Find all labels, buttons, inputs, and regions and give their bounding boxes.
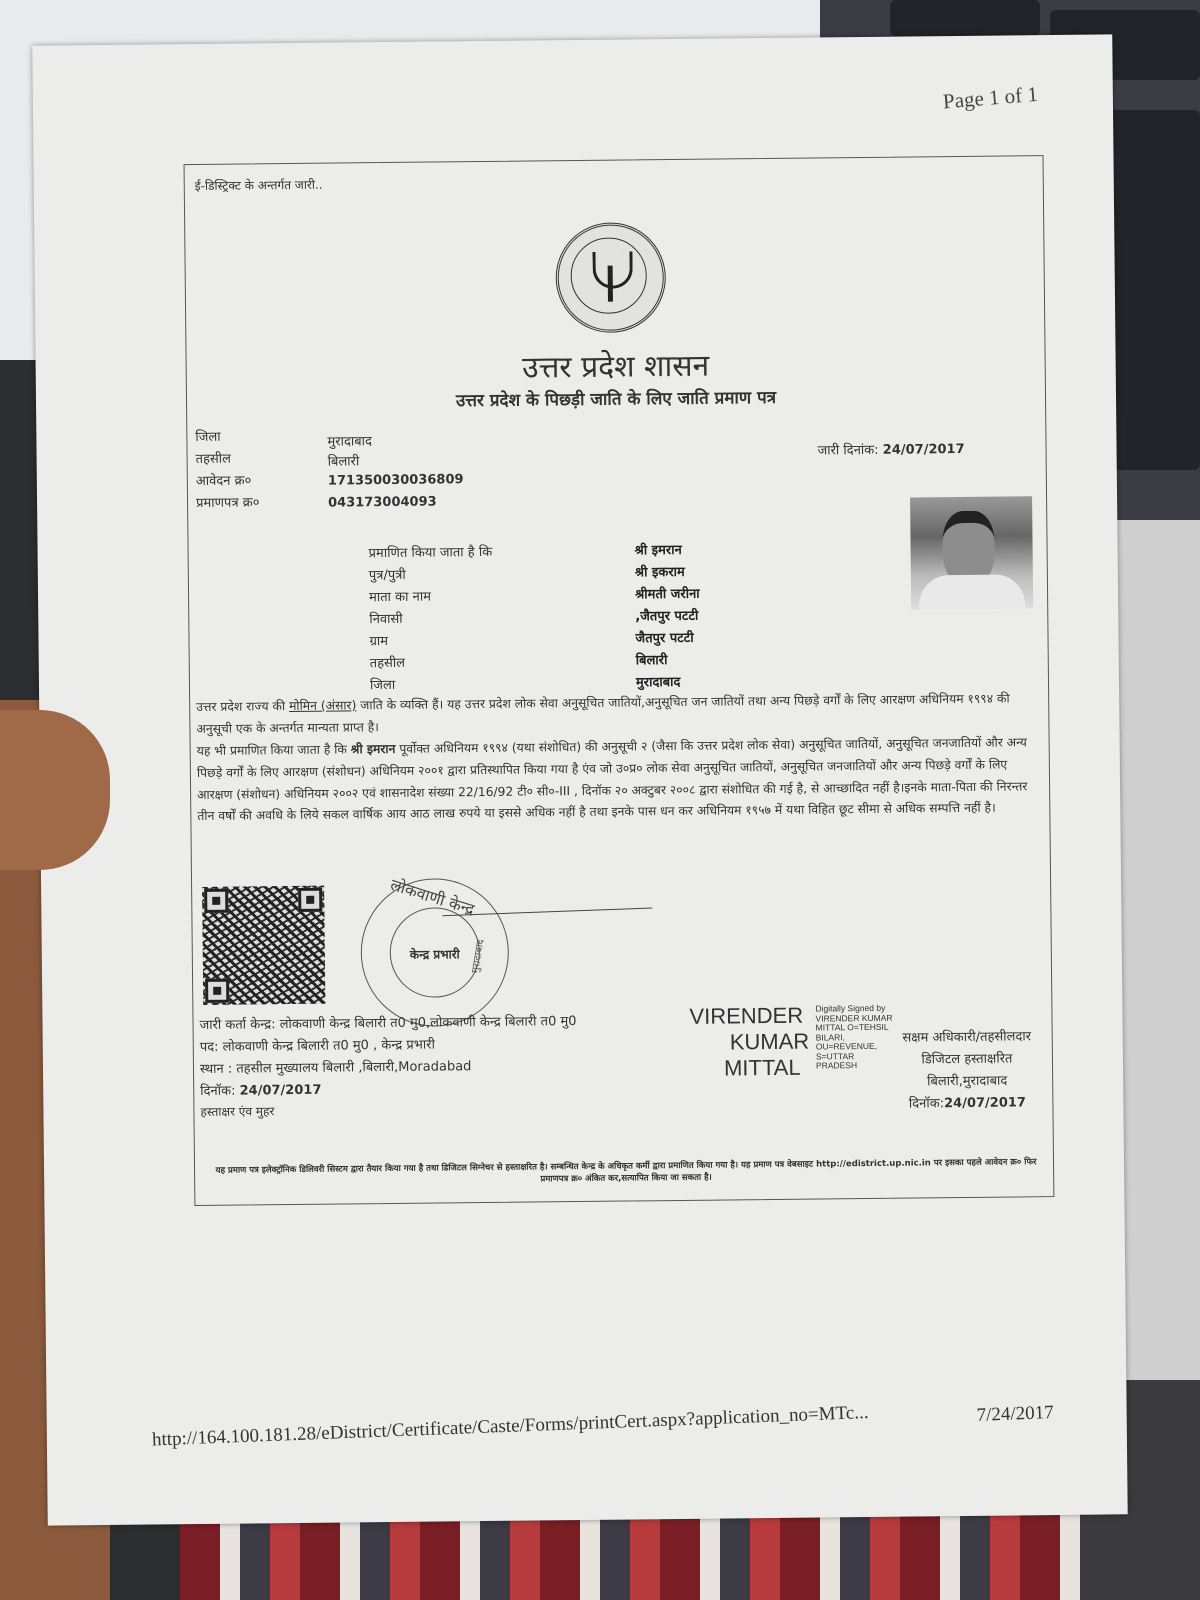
- officer-date-value: 24/07/2017: [944, 1095, 1026, 1111]
- field-label-son-daughter: पुत्र/पुत्री: [369, 565, 406, 583]
- issue-date: जारी दिनांक: 24/07/2017: [817, 439, 964, 459]
- emblem-arrow-icon: [608, 266, 613, 302]
- lokvani-stamp: लोकवाणी केन्द्र केन्द्र प्रभारी मुरादाबा…: [360, 878, 510, 1028]
- qr-finder: [298, 888, 322, 912]
- field-value-mother: श्रीमती जरीना: [635, 584, 700, 603]
- photo-shirt: [919, 574, 1025, 609]
- field-label-certified: प्रमाणित किया जाता है कि: [369, 542, 493, 561]
- laptop-key: [890, 0, 1040, 36]
- field-label-district: जिला: [370, 675, 395, 693]
- field-value-father: श्री इकराम: [635, 562, 685, 581]
- meta-label-district: जिला: [195, 427, 220, 445]
- meta-value-district: मुरादाबाद: [327, 431, 372, 449]
- field-label-resident: निवासी: [369, 609, 403, 627]
- verification-disclaimer: यह प्रमाण पत्र इलेक्ट्रॉनिक डिलिवरी सिस्…: [211, 1156, 1041, 1189]
- field-value-district: मुरादाबाद: [636, 672, 681, 690]
- issuer-place: स्थान : तहसील मुख्यालय बिलारी ,बिलारी,Mo…: [200, 1056, 472, 1077]
- applicant-photo: [910, 496, 1033, 609]
- meta-value-certificate-no: 043173004093: [328, 494, 437, 510]
- field-value-village: जैतपुर पटटी: [635, 628, 693, 647]
- page-number: Page 1 of 1: [942, 82, 1039, 115]
- field-label-mother: माता का नाम: [369, 587, 431, 606]
- qr-code-icon: [202, 886, 325, 1005]
- caste-paragraph-pre: उत्तर प्रदेश राज्य की: [196, 699, 289, 714]
- field-value-name: श्री इमरान: [634, 540, 681, 558]
- signer-name-line-3: MITTAL: [724, 1055, 801, 1082]
- qr-finder: [205, 979, 229, 1003]
- field-value-resident: ,जैतपुर पटटी: [635, 606, 698, 625]
- caste-name: मोमिन (अंसार): [289, 698, 356, 713]
- officer-place: बिलारी,मुरादाबाद: [882, 1070, 1052, 1090]
- up-government-emblem-icon: [555, 222, 666, 333]
- certificate-frame: ई-डिस्ट्रिक्ट के अन्तर्गत जारी.. उत्तर प…: [184, 155, 1055, 1206]
- certification-paragraph-pre: यह भी प्रमाणित किया जाता है कि: [197, 742, 351, 758]
- issuer-post: पद: लोकवाणी केन्द्र बिलारी त0 मु0 , केन्…: [200, 1035, 435, 1055]
- meta-value-tehsil: बिलारी: [328, 451, 360, 469]
- issuer-date-value: 24/07/2017: [240, 1083, 322, 1099]
- qr-finder: [204, 889, 228, 913]
- meta-value-application-no: 171350030036809: [328, 472, 464, 488]
- field-label-village: ग्राम: [369, 631, 388, 649]
- issued-under-note: ई-डिस्ट्रिक्ट के अन्तर्गत जारी..: [195, 176, 323, 194]
- officer-digitally-signed: डिजिटल हस्ताक्षरित: [882, 1048, 1052, 1068]
- officer-date-label: दिनॉक:: [909, 1096, 944, 1111]
- issuer-date-label: दिनॉक:: [200, 1084, 235, 1099]
- field-value-tehsil: बिलारी: [636, 650, 668, 668]
- print-date: 7/24/2017: [976, 1402, 1054, 1427]
- certification-paragraph: यह भी प्रमाणित किया जाता है कि श्री इमरा…: [197, 732, 1044, 828]
- stamp-center-text: केन्द्र प्रभारी: [362, 945, 508, 964]
- certificate-paper: Page 1 of 1 ई-डिस्ट्रिक्ट के अन्तर्गत जा…: [32, 34, 1127, 1525]
- issuing-center: जारी कर्ता केन्द्र: लोकवाणी केन्द्र बिला…: [199, 1011, 576, 1033]
- signer-name-line-1: VIRENDER: [689, 1003, 803, 1030]
- meta-label-tehsil: तहसील: [196, 449, 231, 467]
- issuer-date: दिनॉक: 24/07/2017: [200, 1080, 321, 1099]
- certified-person-name: श्री इमरान: [351, 742, 396, 756]
- meta-label-application-no: आवेदन क्र०: [196, 470, 252, 489]
- officer-date: दिनॉक:24/07/2017: [882, 1092, 1052, 1112]
- field-label-tehsil: तहसील: [370, 653, 405, 671]
- meta-label-certificate-no: प्रमाणपत्र क्र०: [196, 492, 260, 511]
- signature-seal-label: हस्ताक्षर एंव मुहर: [200, 1102, 274, 1120]
- issue-date-value: 24/07/2017: [883, 442, 965, 458]
- officer-title: सक्षम अधिकारी/तहसीलदार: [882, 1026, 1052, 1046]
- signer-name-line-2: KUMAR: [730, 1029, 810, 1056]
- print-url: http://164.100.181.28/eDistrict/Certific…: [152, 1402, 869, 1452]
- issue-date-label: जारी दिनांक:: [817, 443, 878, 459]
